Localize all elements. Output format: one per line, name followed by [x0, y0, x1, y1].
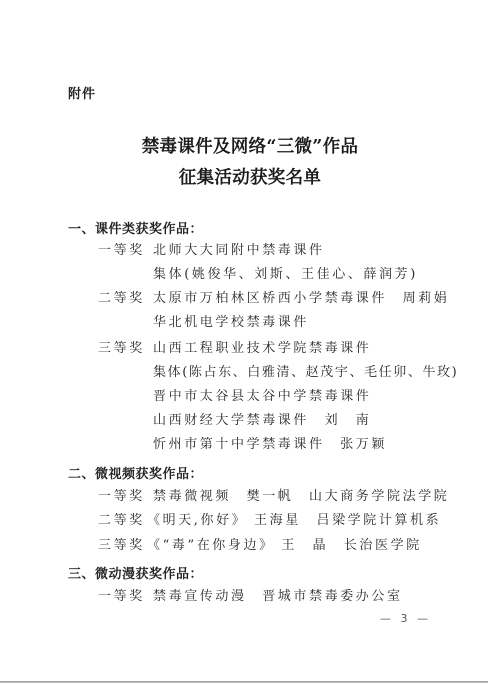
award-entry: 太原市万柏林区桥西小学禁毒课件 周莉娟 — [153, 290, 449, 308]
award-row: 一等奖禁毒宣传动漫 晋城市禁毒委办公室 — [98, 588, 403, 606]
award-row: 二等奖太原市万柏林区桥西小学禁毒课件 周莉娟 — [98, 290, 449, 308]
award-entry: 北师大大同附中禁毒课件 — [153, 242, 325, 260]
award-entry: 《明天,你好》 王海星 吕梁学院计算机系 — [147, 512, 441, 530]
award-level: 一等奖 — [98, 488, 153, 506]
page-bottom-edge-divider — [0, 681, 488, 683]
award-entry-continued: 集体(陈占东、白雅清、赵茂宇、毛任卯、牛玫) — [153, 364, 458, 382]
award-level: 三等奖 — [98, 340, 153, 358]
section-heading-micro-animation: 三、微动漫获奖作品： — [68, 563, 203, 582]
award-level: 二等奖 — [98, 290, 153, 308]
award-level: 二等奖 — [98, 512, 147, 530]
award-entry: 禁毒微视频 樊一帆 山大商务学院法学院 — [153, 488, 449, 506]
award-entry-continued: 山西财经大学禁毒课件 刘 南 — [153, 412, 371, 430]
award-row: 一等奖禁毒微视频 樊一帆 山大商务学院法学院 — [98, 488, 449, 506]
award-entry: 禁毒宣传动漫 晋城市禁毒委办公室 — [153, 588, 403, 606]
award-row: 三等奖山西工程职业技术学院禁毒课件 — [98, 340, 371, 358]
award-level: 一等奖 — [98, 588, 153, 606]
attachment-label: 附件 — [68, 83, 96, 102]
award-entry-continued: 华北机电学校禁毒课件 — [153, 314, 309, 332]
award-entry-continued: 集体(姚俊华、刘斯、王佳心、薛润芳) — [153, 266, 418, 284]
award-row: 三等奖《“毒”在你身边》 王 晶 长治医学院 — [98, 537, 422, 555]
page-number: — 3 — — [380, 612, 431, 625]
document-title-line1: 禁毒课件及网络“三微”作品 — [0, 133, 488, 158]
award-entry: 《“毒”在你身边》 王 晶 长治医学院 — [147, 537, 422, 555]
award-entry-continued: 晋中市太谷县太谷中学禁毒课件 — [153, 388, 371, 406]
section-heading-courseware: 一、课件类获奖作品： — [68, 218, 203, 237]
award-entry: 山西工程职业技术学院禁毒课件 — [153, 340, 371, 358]
award-level: 一等奖 — [98, 242, 153, 260]
award-row: 二等奖《明天,你好》 王海星 吕梁学院计算机系 — [98, 512, 441, 530]
award-entry-continued: 忻州市第十中学禁毒课件 张万颖 — [153, 436, 387, 454]
document-title-line2: 征集活动获奖名单 — [0, 164, 488, 189]
section-heading-micro-video: 二、微视频获奖作品： — [68, 463, 203, 482]
award-level: 三等奖 — [98, 537, 147, 555]
award-row: 一等奖北师大大同附中禁毒课件 — [98, 242, 325, 260]
